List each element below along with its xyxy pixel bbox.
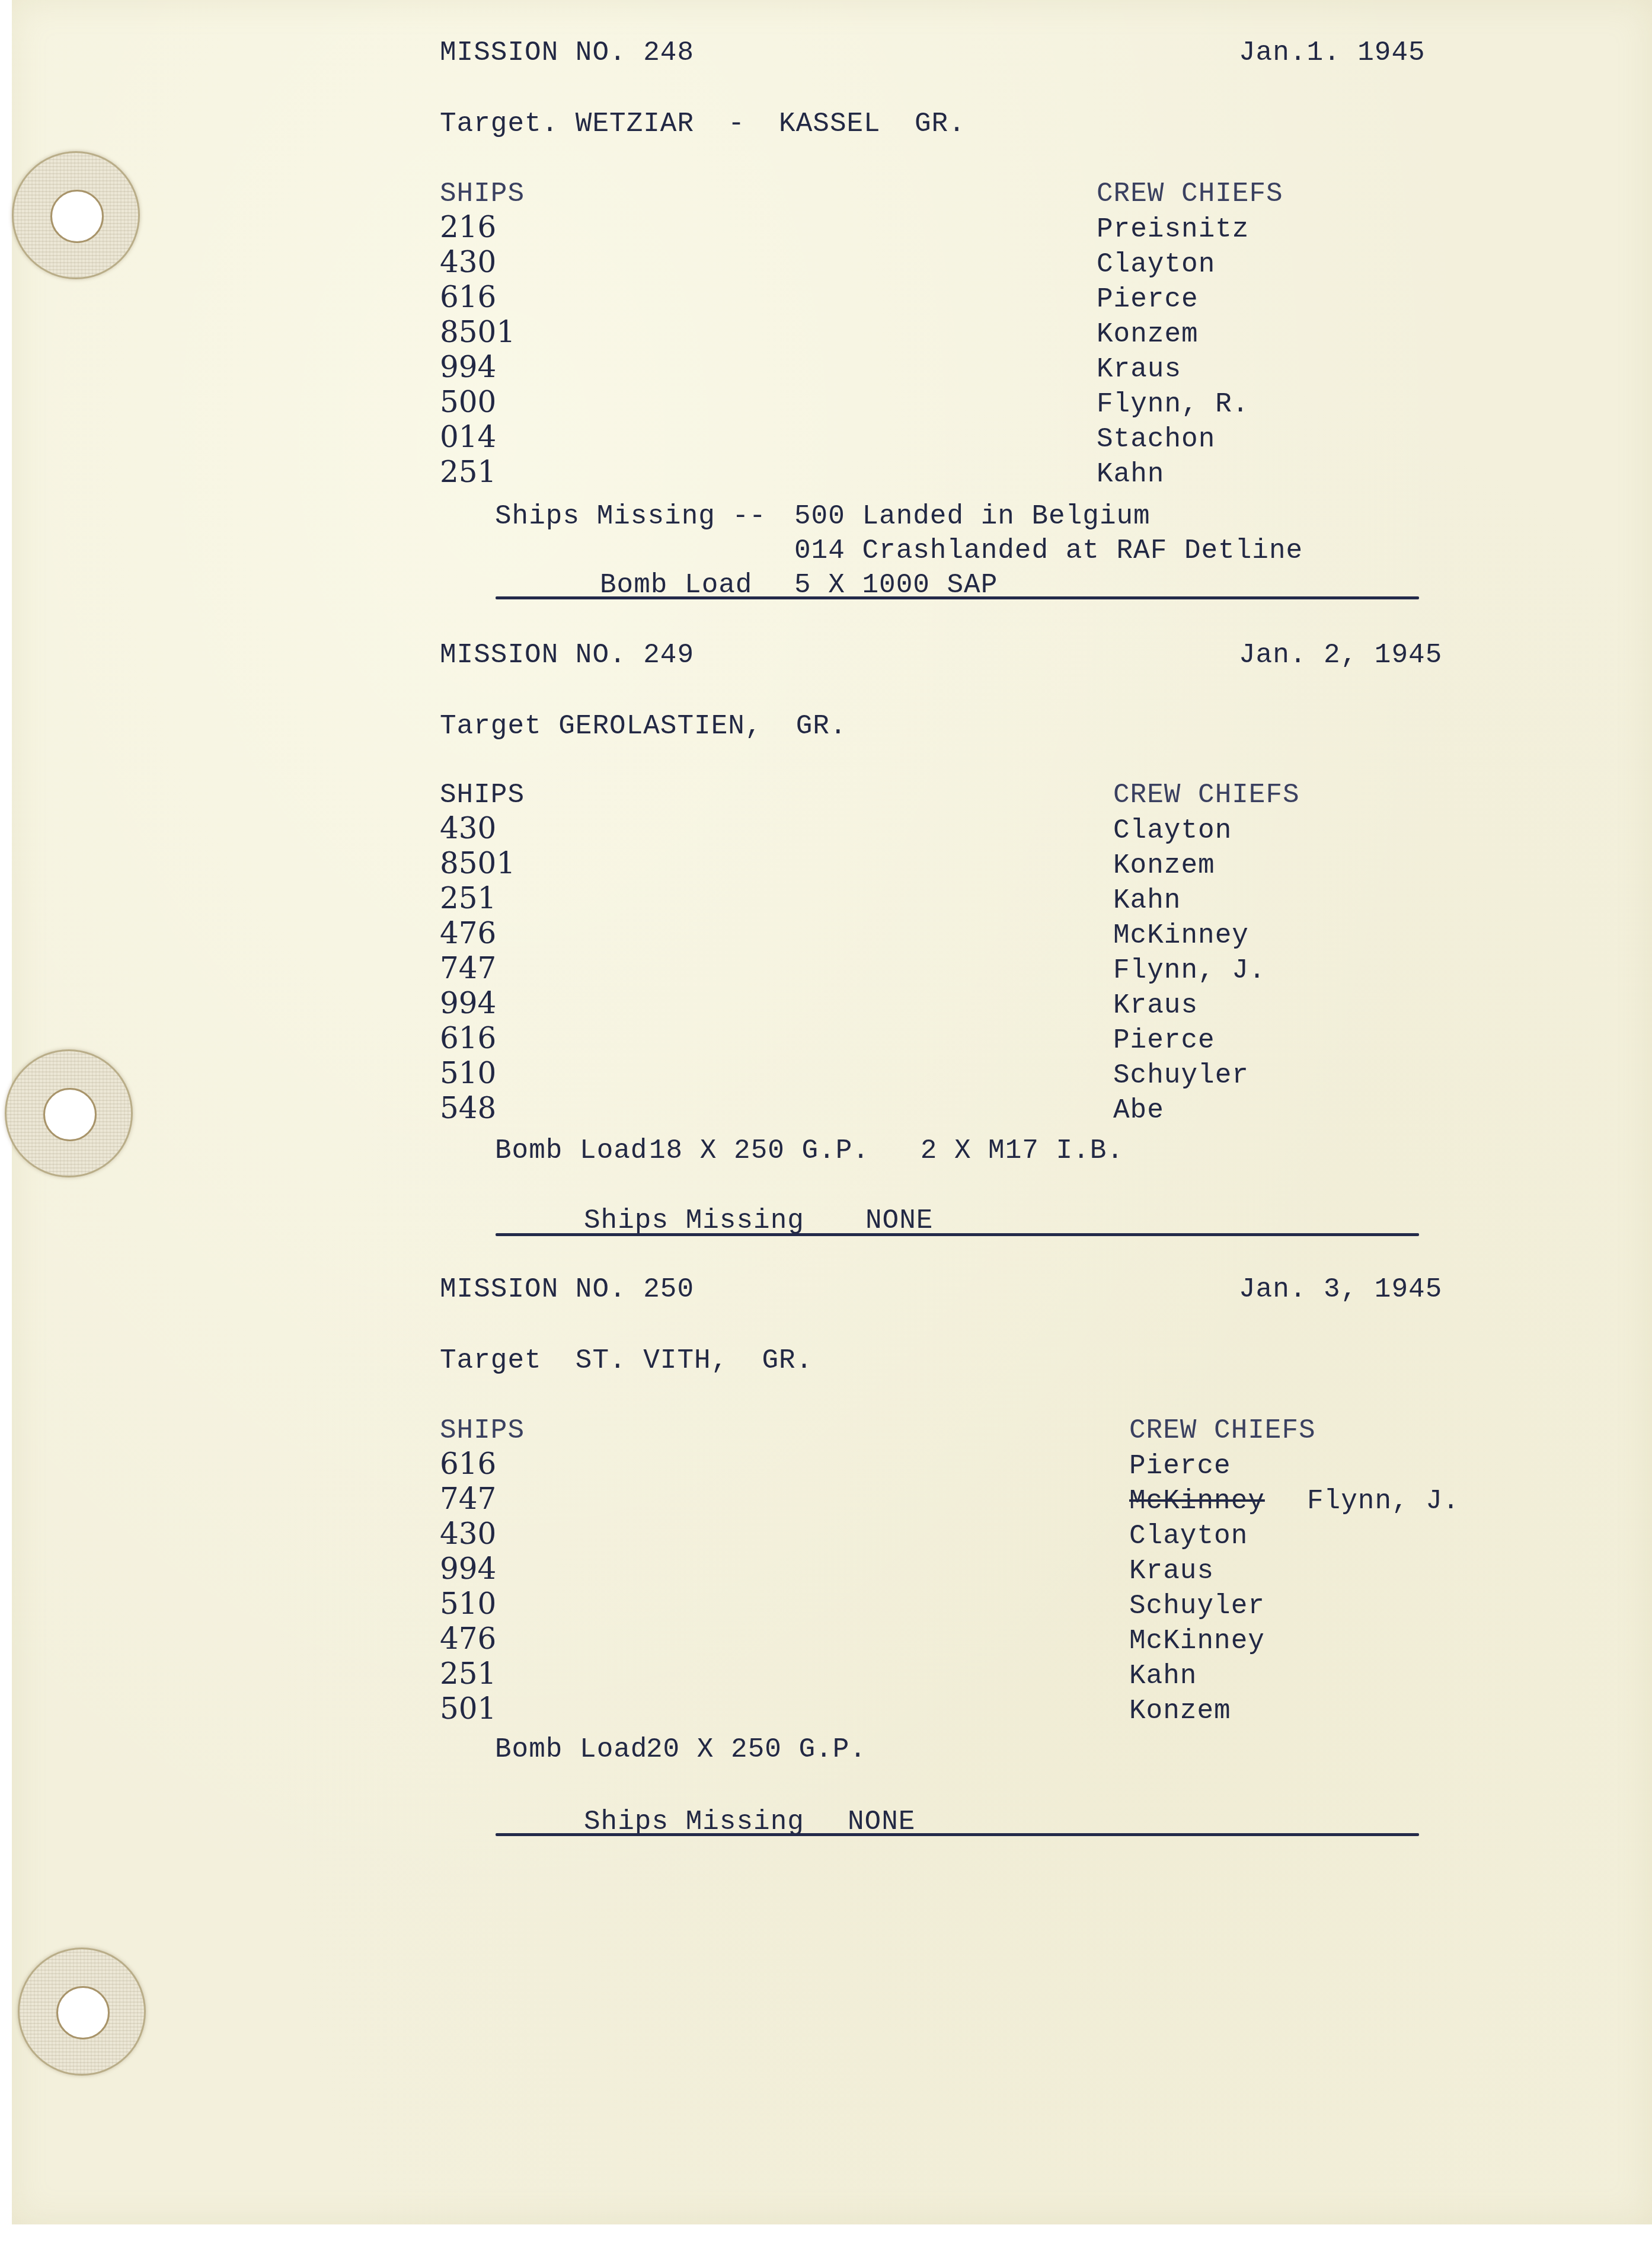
section-divider — [496, 1233, 1419, 1236]
ships-missing-detail: 500 Landed in Belgium — [794, 503, 1151, 530]
ship-number: 251 — [440, 883, 496, 913]
hole-reinforcement-top — [12, 151, 140, 279]
crew-chiefs-header: CREW CHIEFS — [1097, 180, 1283, 208]
ship-number: 994 — [440, 1554, 496, 1584]
crew-chief-name: Pierce — [1097, 286, 1199, 313]
crew-chiefs-header: CREW CHIEFS — [1129, 1417, 1316, 1444]
crew-chiefs-header: CREW CHIEFS — [1113, 781, 1300, 809]
ship-number: 616 — [440, 1023, 496, 1053]
document-page — [12, 0, 1652, 2224]
bomb-load-label: Bomb Load — [600, 572, 752, 599]
crew-chief-name: Kahn — [1113, 887, 1181, 914]
ship-number: 430 — [440, 1519, 496, 1549]
crew-chief-name: Konzem — [1129, 1697, 1231, 1725]
hole-reinforcement-middle — [5, 1049, 133, 1177]
bomb-load-value: 18 X 250 G.P. 2 X M17 I.B. — [649, 1137, 1124, 1164]
mission-target: Target. WETZIAR - KASSEL GR. — [440, 110, 966, 138]
section-divider — [496, 596, 1419, 599]
ship-number: 430 — [440, 247, 496, 277]
mission-date: Jan. 3, 1945 — [1239, 1276, 1442, 1303]
bomb-load-label: Bomb Load — [495, 1736, 647, 1763]
ship-number: 510 — [440, 1058, 496, 1088]
ships-missing-label: Ships Missing — [584, 1207, 804, 1234]
ship-number: 994 — [440, 988, 496, 1018]
punch-hole-icon — [56, 1986, 110, 2039]
ship-number: 747 — [440, 1484, 496, 1514]
ship-number: 8501 — [440, 317, 515, 347]
ships-header: SHIPS — [440, 180, 525, 208]
ship-number: 747 — [440, 953, 496, 983]
crew-chief-name: Preisnitz — [1097, 216, 1249, 243]
ship-number: 430 — [440, 813, 496, 843]
crew-chief-name: Clayton — [1113, 817, 1232, 844]
crew-chief-name: Clayton — [1129, 1522, 1248, 1550]
ships-missing-detail: 014 Crashlanded at RAF Detline — [794, 537, 1303, 564]
punch-hole-icon — [50, 190, 104, 243]
crew-chief-name: Konzem — [1097, 321, 1199, 348]
ship-number: 510 — [440, 1589, 496, 1619]
ships-missing-value: NONE — [865, 1207, 933, 1234]
mission-number: MISSION NO. 248 — [440, 39, 694, 66]
crew-chief-name: Konzem — [1113, 852, 1215, 879]
ship-number: 616 — [440, 1449, 496, 1479]
ship-number: 476 — [440, 918, 496, 948]
crossed-out-name: McKinney — [1129, 1488, 1265, 1515]
crew-chief-name: Kahn — [1097, 461, 1164, 488]
crew-chief-name: Abe — [1113, 1097, 1164, 1124]
section-divider — [496, 1833, 1419, 1836]
bomb-load-value: 5 X 1000 SAP — [794, 572, 998, 599]
mission-date: Jan.1. 1945 — [1239, 39, 1426, 66]
ships-missing-label: Ships Missing — [584, 1808, 804, 1836]
ship-number: 8501 — [440, 848, 515, 878]
crew-chief-name: Kahn — [1129, 1662, 1197, 1690]
ship-number: 216 — [440, 212, 496, 242]
punch-hole-icon — [43, 1088, 97, 1141]
crew-chief-name: McKinney — [1113, 922, 1249, 949]
bomb-load-value: 20 X 250 G.P. — [646, 1736, 867, 1763]
ships-header: SHIPS — [440, 1417, 525, 1444]
ships-header: SHIPS — [440, 781, 525, 809]
crew-chief-name: Kraus — [1129, 1557, 1214, 1585]
ship-number: 501 — [440, 1694, 496, 1723]
crew-chief-name: Kraus — [1113, 992, 1198, 1019]
mission-target: Target GEROLASTIEN, GR. — [440, 713, 847, 740]
crew-chief-name: Flynn, R. — [1097, 391, 1249, 418]
ship-number: 251 — [440, 1659, 496, 1688]
crew-chief-name: Schuyler — [1113, 1062, 1249, 1089]
crew-chief-name: Flynn, J. — [1113, 957, 1266, 984]
ships-missing-value: NONE — [848, 1808, 915, 1836]
mission-date: Jan. 2, 1945 — [1239, 641, 1442, 669]
crew-chief-name: Flynn, J. — [1307, 1488, 1459, 1515]
crew-chief-name: Clayton — [1097, 251, 1215, 278]
ship-number: 994 — [440, 352, 496, 382]
ship-number: 616 — [440, 282, 496, 312]
crew-chief-name: Pierce — [1129, 1453, 1231, 1480]
crew-chief-name: Pierce — [1113, 1027, 1215, 1054]
crew-chief-name: Stachon — [1097, 426, 1215, 453]
crew-chief-name: McKinney — [1129, 1627, 1265, 1655]
ships-missing-label: Ships Missing -- — [495, 503, 766, 530]
mission-number: MISSION NO. 250 — [440, 1276, 694, 1303]
ship-number: 548 — [440, 1093, 496, 1123]
ship-number: 014 — [440, 422, 496, 452]
hole-reinforcement-bottom — [18, 1948, 146, 2076]
crew-chief-name: Kraus — [1097, 356, 1181, 383]
ship-number: 500 — [440, 387, 496, 417]
mission-number: MISSION NO. 249 — [440, 641, 694, 669]
crew-chief-name: Schuyler — [1129, 1592, 1265, 1620]
bomb-load-label: Bomb Load — [495, 1137, 647, 1164]
mission-target: Target ST. VITH, GR. — [440, 1347, 813, 1374]
ship-number: 251 — [440, 457, 496, 487]
ship-number: 476 — [440, 1624, 496, 1654]
